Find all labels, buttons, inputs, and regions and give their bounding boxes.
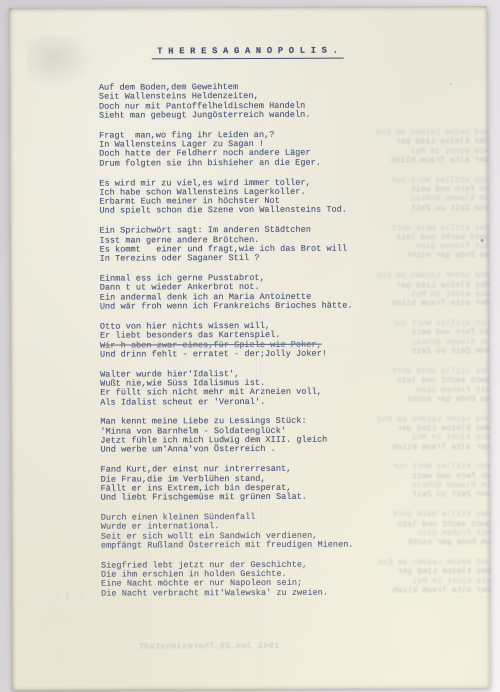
stanza: Es wird mir zu viel,es wird immer toller… [99, 178, 479, 217]
stanza: Auf dem Boden,dem GeweihtemSeit Wallenst… [99, 82, 479, 121]
stanza: Fragt man,wo fing ihr Leiden an,?In Wall… [99, 130, 479, 169]
stanza: Einmal ess ich gerne Pusstabrot,Dann t u… [100, 273, 480, 312]
poem: Auf dem Boden,dem GeweihtemSeit Wallenst… [99, 82, 481, 609]
poem-line: Und wär froh wenn ich Frankreichs Brioch… [100, 301, 480, 312]
stanza: Durch einen kleinen SündenfallWurde er i… [101, 512, 481, 551]
poem-line: Die Nacht verbracht mit'Walewska' zu zwe… [101, 588, 481, 599]
stanza: Ein Sprichwört sagt: Im anderen Städtche… [99, 225, 479, 264]
stanza: Man kennt meine Liebe zu Lessings Stück:… [100, 416, 480, 455]
poem-line: Und liebt Frischgemüse mit grünen Salat. [101, 492, 481, 503]
poem-line: Als Idalist scheut er 'Veronal'. [100, 397, 480, 408]
poem-line: Sieht man gebeugt Jungösterreich wandeln… [99, 110, 479, 121]
poem-line: Und spielt schon die Szene von Wallenste… [99, 205, 479, 216]
paper-speck [481, 239, 484, 242]
scanned-document-page: { "page": { "title": "T H E R E S A G A … [0, 0, 500, 692]
poem-line: Drum folgten sie ihn bishieher an die Eg… [99, 158, 479, 169]
stanza: Siegfried lebt jetzt nur der Geschichte,… [101, 560, 481, 599]
bleed-through-left-marks: : l : [55, 593, 84, 602]
poem-line: Und drinn fehlt - erratet - der;Jolly Jo… [100, 349, 480, 360]
stanza: Walter wurde hier'Idalist',Wußt nie,wie … [100, 369, 480, 408]
page-title: T H E R E S A G A N O P O L I S . [151, 46, 344, 59]
title-row: T H E R E S A G A N O P O L I S . [9, 39, 487, 60]
stanza: Otto von hier nichts wissen will,Er lieb… [100, 321, 480, 360]
bleed-through-footer: 1941 Jan.29,Theresienstadt [59, 641, 279, 652]
stanza: Fand Kurt,der einst nur intrerresant,Die… [101, 464, 481, 503]
poem-line: In Terezins oder Saganer Stil ? [100, 253, 480, 264]
poem-line: Und werbe um'Anna'von Österreich . [100, 444, 480, 455]
poem-line: Wir h aben zwar eines,für Spiele wie Pok… [100, 339, 480, 350]
paper-sheet: T H E R E S A G A N O P O L I S . Auf de… [9, 6, 490, 690]
poem-line: empfängt Rußland Österreich mit freudige… [101, 540, 481, 551]
